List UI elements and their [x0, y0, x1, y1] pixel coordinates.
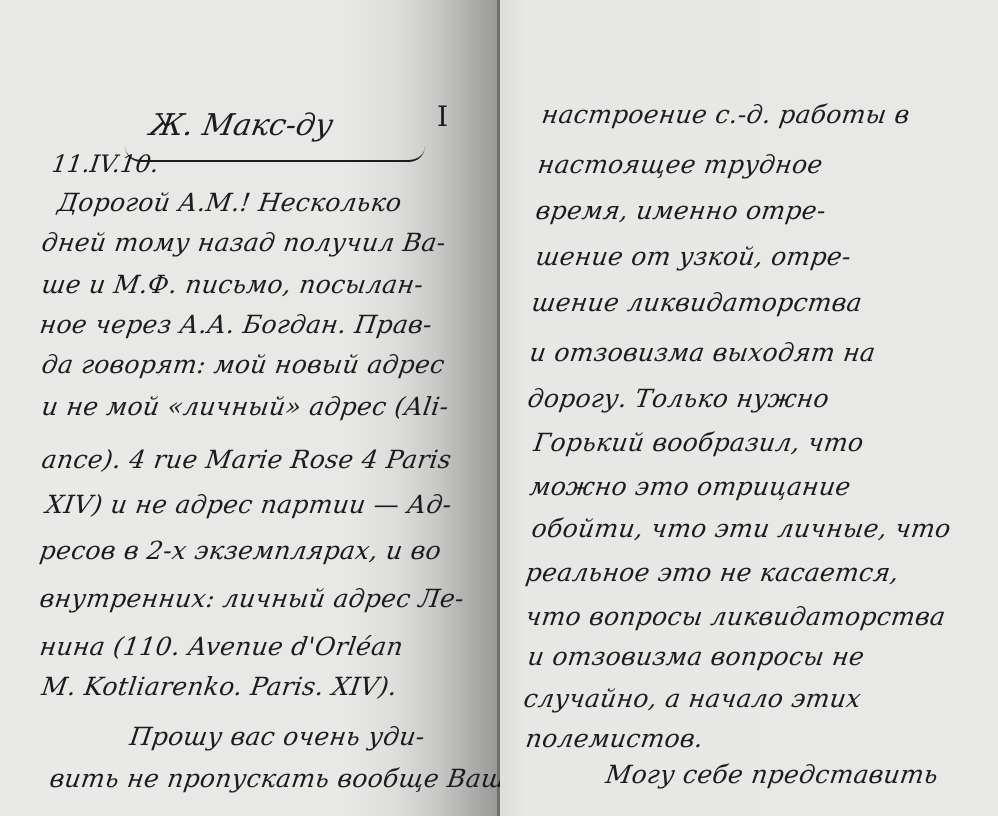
page-number: I — [437, 100, 448, 133]
text-line: Могу себе представить — [604, 760, 940, 789]
letter-date: 11.IV.10. — [50, 150, 161, 178]
text-line: Прошу вас очень уди- — [128, 722, 427, 751]
text-line: дорогу. Только нужно — [526, 384, 831, 413]
text-line: вить не пропускать вообще Ваш — [48, 764, 507, 793]
text-line: нина (110. Avenue d'Orléan — [38, 632, 405, 661]
text-line: M. Kotliarenko. Paris. XIV). — [40, 672, 399, 701]
left-page: Ж. Макс-ду I 11.IV.10. Дорогой А.М.! Нес… — [0, 0, 497, 816]
text-line: и отзовизма выходят на — [528, 338, 878, 367]
heading-underline — [125, 146, 425, 162]
text-line: XIV) и не адрес партии — Ад- — [44, 490, 454, 519]
text-line: ше и М.Ф. письмо, посылан- — [40, 270, 425, 299]
text-line: Горький вообразил, что — [532, 428, 866, 457]
text-line: время, именно отре- — [534, 196, 828, 225]
text-line: можно это отрицание — [528, 472, 853, 501]
right-page: настроение с.-д. работы в настоящее труд… — [500, 0, 998, 816]
text-line: внутренних: личный адрес Ле- — [38, 584, 466, 613]
text-line: ресов в 2-х экземплярах, и во — [38, 536, 443, 565]
text-line: шение ликвидаторства — [530, 288, 864, 317]
text-line: дней тому назад получил Ва- — [40, 228, 448, 257]
text-line: шение от узкой, отре- — [534, 242, 853, 271]
text-line: настроение с.-д. работы в — [540, 100, 912, 129]
text-line: и отзовизма вопросы не — [526, 642, 866, 671]
text-line: и не мой «личный» адрес (Ali- — [40, 392, 451, 421]
text-line: настоящее трудное — [536, 150, 825, 179]
letter-heading: Ж. Макс-ду — [147, 108, 336, 143]
text-line: реальное это не касается, — [524, 558, 901, 587]
text-line: ное через А.А. Богдан. Прав- — [38, 310, 434, 339]
text-line: Дорогой А.М.! Несколько — [56, 188, 404, 217]
text-line: полемистов. — [524, 724, 705, 753]
text-line: обойти, что эти личные, что — [530, 514, 953, 543]
text-line: ance). 4 rue Marie Rose 4 Paris — [40, 445, 453, 474]
text-line: да говорят: мой новый адрес — [40, 350, 447, 379]
book-spread: Ж. Макс-ду I 11.IV.10. Дорогой А.М.! Нес… — [0, 0, 998, 816]
text-line: случайно, а начало этих — [522, 684, 863, 713]
text-line: что вопросы ликвидаторства — [524, 602, 947, 631]
